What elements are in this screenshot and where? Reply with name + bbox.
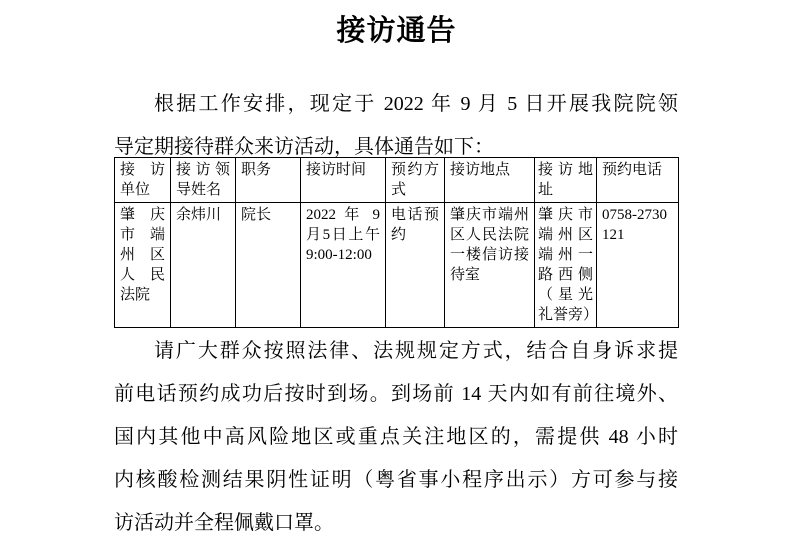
notice-paragraph: 请广大群众按照法律、法规规定方式，结合自身诉求提 前电话预约成功后按时到场。到场… [114, 330, 678, 545]
page-title: 接访通告 [0, 14, 793, 48]
header-leader-name: 接访领 导姓名 [171, 158, 236, 203]
cell-booking-phone: 0758-2730 121 [597, 203, 679, 328]
cell-visit-address: 肇庆市 端州区 端州一 路西侧 （星光 礼誉旁） [535, 203, 597, 328]
reception-schedule-table: 接访 单位 接访领 导姓名 职务 接访时间 预约方 式 接访 [114, 157, 679, 328]
notice-line-1: 请广大群众按照法律、法规规定方式，结合自身诉求提 [114, 330, 678, 373]
cell-leader-name: 余炜川 [171, 203, 236, 328]
table-header-row: 接访 单位 接访领 导姓名 职务 接访时间 预约方 式 接访 [115, 158, 679, 203]
cell-visit-unit: 肇庆 市端 州区 人民 法院 [115, 203, 171, 328]
cell-visit-time: 2022 年 9 月5日上午 9:00-12:00 [301, 203, 386, 328]
notice-line-5: 访活动并全程佩戴口罩。 [114, 502, 678, 545]
intro-line-1: 根据工作安排，现定于 2022 年 9 月 5 日开展我院院领 [114, 83, 678, 126]
notice-line-4: 内核酸检测结果阴性证明（粤省事小程序出示）方可参与接 [114, 459, 678, 502]
notice-line-2: 前电话预约成功后按时到场。到场前 14 天内如有前往境外、 [114, 373, 678, 416]
cell-booking-method: 电话预 约 [386, 203, 445, 328]
header-booking-phone: 预约电话 [597, 158, 679, 203]
notice-line-3: 国内其他中高风险地区或重点关注地区的，需提供 48 小时 [114, 416, 678, 459]
header-visit-unit: 接访 单位 [115, 158, 171, 203]
header-position: 职务 [236, 158, 301, 203]
cell-visit-location: 肇庆市端州 区人民法院 一楼信访接 待室 [445, 203, 535, 328]
cell-position: 院长 [236, 203, 301, 328]
table-row: 肇庆 市端 州区 人民 法院 余炜川 院长 2022 年 9 月5日上午 9:0… [115, 203, 679, 328]
document-page: 接访通告 根据工作安排，现定于 2022 年 9 月 5 日开展我院院领 导定期… [0, 0, 793, 546]
header-visit-time: 接访时间 [301, 158, 386, 203]
header-visit-address: 接访地 址 [535, 158, 597, 203]
header-visit-location: 接访地点 [445, 158, 535, 203]
header-booking-method: 预约方 式 [386, 158, 445, 203]
